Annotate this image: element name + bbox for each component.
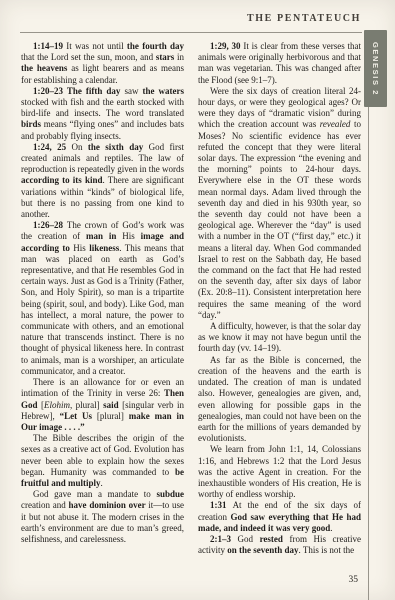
text-segment: the fourth day xyxy=(127,41,184,51)
text-segment: On xyxy=(72,142,88,152)
text-segment: subdue xyxy=(156,489,184,499)
paragraph: 2:1–3 God rested from His creative activ… xyxy=(198,534,361,556)
text-segment: according to its kind xyxy=(21,175,102,185)
text-segment: 2:1–3 xyxy=(210,534,238,544)
paragraph: God gave man a mandate to subdue creatio… xyxy=(21,489,184,545)
text-segment: creation and xyxy=(21,500,69,510)
text-segment: revealed xyxy=(320,119,351,129)
text-segment: God gave man a mandate to xyxy=(33,489,156,499)
text-segment: . xyxy=(101,478,103,488)
text-segment: the sixth day xyxy=(88,142,149,152)
text-segment: His xyxy=(73,243,89,253)
paragraph: The Bible describes the origin of the se… xyxy=(21,433,184,489)
text-segment: . This is not the xyxy=(299,545,355,555)
text-segment: to Moses? No scientific evidence has eve… xyxy=(198,119,361,319)
text-segment: birds xyxy=(21,119,44,129)
chapter-tab-genesis-2: GENESIS 2 xyxy=(364,30,387,107)
text-segment: Elohim xyxy=(44,400,70,410)
running-head: THE PENTATEUCH xyxy=(247,13,361,24)
paragraph: Were the six days of creation literal 24… xyxy=(198,86,361,321)
paragraph: We learn from John 1:1, 14, Colossians 1… xyxy=(198,444,361,500)
text-segment: means “flying ones” and includes bats an… xyxy=(21,119,184,140)
margin-rule xyxy=(368,32,369,600)
text-segment: 1:24, 25 xyxy=(33,142,72,152)
paragraph: There is an allowance for or even an int… xyxy=(21,377,184,433)
text-segment: 1:31 xyxy=(210,500,233,510)
text-segment: the heavens xyxy=(21,63,71,73)
text-segment: that the Lord set the sun, moon, and xyxy=(21,52,156,62)
text-segment: said xyxy=(103,400,122,410)
text-segment: rested xyxy=(260,534,290,544)
page-number: 35 xyxy=(349,575,359,585)
text-segment: 1:20–23 The fifth day xyxy=(33,86,124,96)
text-segment: in xyxy=(177,52,184,62)
text-segment: There is an allowance for or even an int… xyxy=(21,377,184,398)
text-segment: stars xyxy=(156,52,177,62)
text-segment: A difficulty, however, is that the solar… xyxy=(198,321,361,353)
text-segment: on the seventh day xyxy=(227,545,298,555)
text-segment: saw xyxy=(124,86,142,96)
text-segment: His xyxy=(122,231,140,241)
text-segment: 1:29, 30 xyxy=(210,41,243,51)
paragraph: 1:24, 25 On the sixth day God first crea… xyxy=(21,142,184,220)
text-segment: We learn from John 1:1, 14, Colossians 1… xyxy=(198,444,361,499)
paragraph: A difficulty, however, is that the solar… xyxy=(198,321,361,355)
text-segment: man in xyxy=(86,231,122,241)
text-segment: The Bible describes the origin of the se… xyxy=(21,433,184,477)
header-rule xyxy=(20,32,362,33)
book-page: THE PENTATEUCH GENESIS 2 1:14–19 It was … xyxy=(0,0,395,600)
text-segment: have dominion over xyxy=(69,500,149,510)
text-segment: the waters xyxy=(142,86,184,96)
column-right: 1:29, 30 It is clear from these verses t… xyxy=(198,41,361,556)
text-segment: , plural] xyxy=(70,400,103,410)
text-segment: . This means that man was placed on eart… xyxy=(21,243,184,376)
text-segment: 1:26–28 xyxy=(33,220,67,230)
paragraph: 1:20–23 The fifth day saw the waters sto… xyxy=(21,86,184,142)
text-columns: 1:14–19 It was not until the fourth day … xyxy=(21,41,361,556)
paragraph: 1:31 At the end of the six days of creat… xyxy=(198,500,361,534)
text-segment: 1:14–19 xyxy=(33,41,66,51)
text-segment: As far as the Bible is concerned, the cr… xyxy=(198,355,361,443)
paragraph: 1:29, 30 It is clear from these verses t… xyxy=(198,41,361,86)
column-left: 1:14–19 It was not until the fourth day … xyxy=(21,41,184,556)
text-segment: . xyxy=(330,523,332,533)
text-segment: It was not until xyxy=(66,41,127,51)
text-segment: likeness xyxy=(89,243,119,253)
text-segment: God xyxy=(238,534,260,544)
paragraph: As far as the Bible is concerned, the cr… xyxy=(198,355,361,445)
paragraph: 1:26–28 The crown of God’s work was the … xyxy=(21,220,184,377)
paragraph: 1:14–19 It was not until the fourth day … xyxy=(21,41,184,86)
text-segment: [plural] xyxy=(97,411,129,421)
chapter-tab-label: GENESIS 2 xyxy=(371,42,380,96)
text-segment: “Let Us xyxy=(60,411,97,421)
text-segment: stocked with fish and the earth stocked … xyxy=(21,97,184,118)
